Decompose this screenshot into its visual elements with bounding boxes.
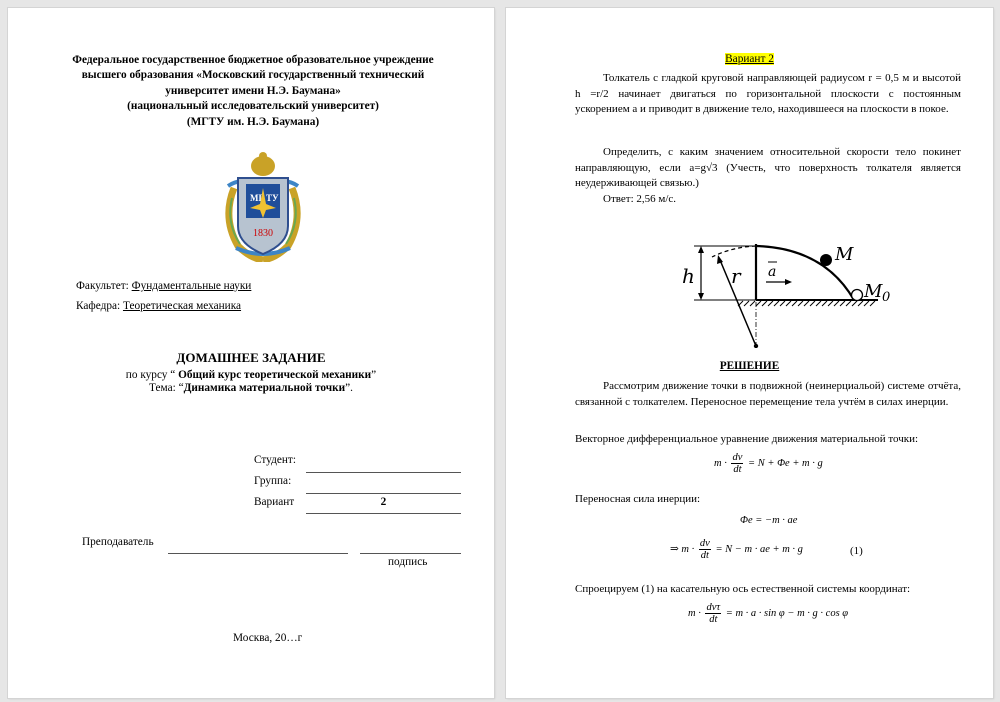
faculty-value: Фундаментальные науки <box>132 280 252 292</box>
eq4-num: dvτ <box>705 602 721 614</box>
assignment-title: ДОМАШНЕЕ ЗАДАНИЕ <box>8 350 494 366</box>
header-line: (МГТУ им. Н.Э. Баумана) <box>48 115 458 130</box>
variant-field[interactable] <box>306 513 461 514</box>
equation-tangential: m · dvτdt = m · a · sin φ − m · g · cos … <box>688 602 848 625</box>
topic-name: Динамика материальной точки <box>184 382 345 394</box>
student-label: Студент: <box>254 454 296 466</box>
university-crest-icon: МГ ТУ 1830 <box>220 148 306 262</box>
solution-heading: РЕШЕНИЕ <box>506 360 993 372</box>
vector-equation-label: Векторное дифференциальное уравнение дви… <box>575 432 961 448</box>
svg-text:0: 0 <box>882 290 890 305</box>
eq4-lhs: m · <box>688 608 701 619</box>
svg-text:1830: 1830 <box>253 228 273 239</box>
answer: Ответ: 2,56 м/с. <box>603 192 676 208</box>
eq4-fraction: dvτdt <box>705 602 721 625</box>
teacher-name-field[interactable] <box>168 553 348 554</box>
course-line: по курсу “ Общий курс теоретической меха… <box>8 369 494 381</box>
eq4-rhs: = m · a · sin φ − m · g · cos φ <box>726 608 848 619</box>
group-label: Группа: <box>254 475 291 487</box>
eq1-rhs: = N + Φe + m · g <box>748 458 823 469</box>
teacher-label: Преподаватель <box>82 536 154 548</box>
title-page: Федеральное государственное бюджетное об… <box>8 8 494 698</box>
faculty-line: Факультет: Фундаментальные науки <box>76 280 251 292</box>
problem-statement: Толкатель с гладкой круговой направляюще… <box>575 71 961 118</box>
svg-text:a: a <box>768 264 776 280</box>
header-line: высшего образования «Московский государс… <box>48 68 458 83</box>
course-prefix: по курсу “ <box>126 369 176 381</box>
problem-page: Вариант 2 Толкатель с гладкой круговой н… <box>506 8 993 698</box>
inertia-label: Переносная сила инерции: <box>575 492 700 508</box>
header-line: (национальный исследовательский универси… <box>48 99 458 114</box>
student-field[interactable] <box>306 472 461 473</box>
course-suffix: ” <box>371 369 376 381</box>
institution-header: Федеральное государственное бюджетное об… <box>48 53 458 130</box>
svg-text:r: r <box>731 264 742 288</box>
svg-text:ТУ: ТУ <box>266 193 279 203</box>
equation-1: ⇒ m · dvdt = N − m · ae + m · g <box>670 538 803 561</box>
topic-prefix: Тема: “ <box>149 382 184 394</box>
problem-question: Определить, с каким значением относитель… <box>575 145 961 192</box>
pusher-diagram: h r a M M 0 <box>676 230 896 348</box>
eq1-fraction: dvdt <box>731 452 743 475</box>
svg-text:h: h <box>682 264 695 288</box>
signature-label: подпись <box>388 556 427 568</box>
topic-line: Тема: “Динамика материальной точки”. <box>8 382 494 394</box>
variant-value: 2 <box>306 496 461 508</box>
projection-label: Спроецируем (1) на касательную ось естес… <box>575 582 961 598</box>
equation-inertia-force: Φe = −m · ae <box>740 515 797 526</box>
eq3-num: dv <box>699 538 711 550</box>
header-line: Федеральное государственное бюджетное об… <box>48 53 458 68</box>
svg-text:M: M <box>863 281 883 302</box>
eq4-den: dt <box>705 614 721 625</box>
eq1-num: dv <box>731 452 743 464</box>
department-label: Кафедра: <box>76 300 120 312</box>
eq3-fraction: dvdt <box>699 538 711 561</box>
faculty-label: Факультет: <box>76 280 129 292</box>
equation-tag: (1) <box>850 545 863 557</box>
eq1-lhs: m · <box>714 458 727 469</box>
variant-heading: Вариант 2 <box>506 53 993 65</box>
solution-intro: Рассмотрим движение точки в подвижной (н… <box>575 379 961 410</box>
group-field[interactable] <box>306 493 461 494</box>
city-year: Москва, 20…г <box>233 632 302 644</box>
header-line: университет имени Н.Э. Баумана» <box>48 84 458 99</box>
department-line: Кафедра: Теоретическая механика <box>76 300 241 312</box>
course-name: Общий курс теоретической механики <box>175 369 371 381</box>
variant-label: Вариант <box>254 496 294 508</box>
eq1-den: dt <box>731 464 743 475</box>
signature-field[interactable] <box>360 553 461 554</box>
eq3-den: dt <box>699 550 711 561</box>
variant-heading-text: Вариант 2 <box>725 53 774 65</box>
eq3-rhs: = N − m · ae + m · g <box>715 544 802 555</box>
topic-suffix: ”. <box>345 382 353 394</box>
equation-motion: m · dvdt = N + Φe + m · g <box>714 452 823 475</box>
department-value: Теоретическая механика <box>123 300 241 312</box>
eq3-prefix: ⇒ m · <box>670 544 694 555</box>
svg-text:M: M <box>834 244 854 265</box>
